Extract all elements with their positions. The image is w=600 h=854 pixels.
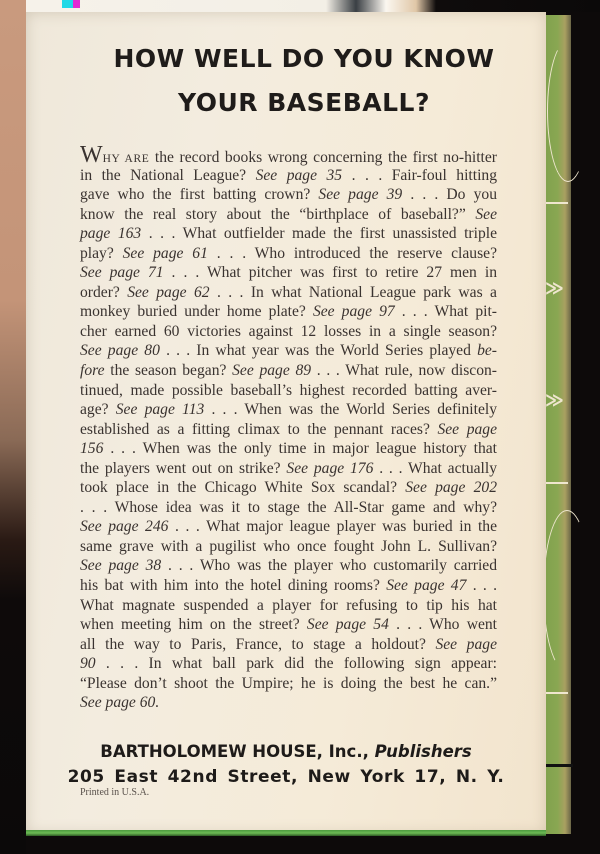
blurb-text: . . . What pit- xyxy=(395,303,497,320)
blurb-line: See page 71 . . . What pitcher was first… xyxy=(80,263,497,283)
title-line-2: YOUR BASEBALL? xyxy=(26,88,582,117)
blurb-text: . . . Do you xyxy=(402,186,497,203)
page-reference: 156 xyxy=(80,440,103,457)
blurb-text: play? xyxy=(80,245,123,262)
blurb-line: all the way to Paris, France, to stage a… xyxy=(80,635,497,655)
page-reference: See page 35 xyxy=(256,167,343,184)
blurb-line: in the National League? See page 35 . . … xyxy=(80,166,497,186)
page-reference: See page 39 xyxy=(318,186,402,203)
page-reference: See page 80 xyxy=(80,342,160,359)
page-reference: See page 62 xyxy=(127,284,209,301)
blurb-text: . . . In what year was the World Series … xyxy=(160,342,477,359)
blurb-text: the players went out on strike? xyxy=(80,460,286,477)
blurb-line: took place in the Chicago White Sox scan… xyxy=(80,478,497,498)
page-reference: See page 61 xyxy=(123,245,208,262)
small-caps-lead: HY ARE xyxy=(103,153,150,165)
background-left-strip xyxy=(0,0,26,854)
blurb-text: the season began? xyxy=(105,362,233,379)
blurb-line: fore the season began? See page 89 . . .… xyxy=(80,361,497,381)
blurb-text: . . . Who went xyxy=(389,616,497,633)
blurb-text: cher earned 60 victories against 12 loss… xyxy=(80,323,497,340)
blurb-line: See page 60. xyxy=(80,693,497,713)
blurb-line: . . . Whose idea was it to stage the All… xyxy=(80,498,497,518)
blurb-text: tinued, made possible baseball’s highest… xyxy=(80,382,497,399)
background-top-strip xyxy=(26,0,600,12)
blurb-text: . . . Who introduced the reserve clause? xyxy=(208,245,497,262)
blurb-text: . . . In what National League park was a xyxy=(210,284,497,301)
blurb-line: monkey buried under home plate? See page… xyxy=(80,302,497,322)
page-reference: See page 60. xyxy=(80,694,159,711)
blurb-text: his bat with him into the hotel dining r… xyxy=(80,577,386,594)
publisher-name: BARTHOLOMEW HOUSE, Inc., Publishers xyxy=(26,742,546,761)
spine-chevron-icon: ≫ xyxy=(545,280,564,298)
blurb-text: . . . Who was the player who customarily… xyxy=(161,557,497,574)
blurb-line: What magnate suspended a player for refu… xyxy=(80,596,497,616)
page-reference: 90 xyxy=(80,655,96,672)
blurb-text: all the way to Paris, France, to stage a… xyxy=(80,636,435,653)
blurb-text: . . . What rule, now discon- xyxy=(311,362,497,379)
book-board-edge xyxy=(26,830,546,836)
blurb-text: know the real story about the “birthplac… xyxy=(80,206,475,223)
blurb-text: age? xyxy=(80,401,116,418)
page-reference: See page 54 xyxy=(307,616,389,633)
page-reference: be- xyxy=(477,342,497,359)
blurb-paragraph: WHY ARE the record books wrong concernin… xyxy=(80,146,497,713)
blurb-line: “Please don’t shoot the Umpire; he is do… xyxy=(80,674,497,694)
blurb-text: gave who the first batting crown? xyxy=(80,186,318,203)
blurb-line: play? See page 61 . . . Who introduced t… xyxy=(80,244,497,264)
title-line-1: HOW WELL DO YOU KNOW xyxy=(26,44,582,73)
blurb-text: What magnate suspended a player for refu… xyxy=(80,597,497,614)
spine-decoration-arc xyxy=(543,510,591,672)
blurb-text: . . . When was the World Series definite… xyxy=(204,401,497,418)
publisher-name-text: BARTHOLOMEW HOUSE, Inc., xyxy=(100,742,374,761)
printed-in-usa: Printed in U.S.A. xyxy=(80,787,149,798)
blurb-text: . . . What pitcher was first to retire 2… xyxy=(164,264,497,281)
page-reference: See xyxy=(475,206,497,223)
blurb-line: WHY ARE the record books wrong concernin… xyxy=(80,146,497,166)
page-reference: See page 176 xyxy=(286,460,373,477)
blurb-text: “Please don’t shoot the Umpire; he is do… xyxy=(80,675,497,692)
blurb-line: See page 246 . . . What major league pla… xyxy=(80,517,497,537)
blurb-line: 90 . . . In what ball park did the follo… xyxy=(80,654,497,674)
blurb-text: . . . What major league player was burie… xyxy=(168,518,497,535)
page-reference: See page 71 xyxy=(80,264,164,281)
blurb-text: monkey buried under home plate? xyxy=(80,303,313,320)
page-reference: See page 89 xyxy=(232,362,311,379)
page-reference: See page 113 xyxy=(116,401,205,418)
blurb-text: took place in the Chicago White Sox scan… xyxy=(80,479,405,496)
blurb-line: his bat with him into the hotel dining r… xyxy=(80,576,497,596)
page-reference: See page xyxy=(437,421,497,438)
blurb-line: age? See page 113 . . . When was the Wor… xyxy=(80,400,497,420)
page-reference: See page xyxy=(435,636,497,653)
page-reference: See page 202 xyxy=(405,479,497,496)
page-reference: See page 246 xyxy=(80,518,168,535)
blurb-line: page 163 . . . What outfielder made the … xyxy=(80,224,497,244)
blurb-text: . . . What actually xyxy=(373,460,497,477)
blurb-line: tinued, made possible baseball’s highest… xyxy=(80,381,497,401)
blurb-text: same grave with a pugilist who once foug… xyxy=(80,538,497,555)
blurb-text: . . . When was the only time in major le… xyxy=(103,440,497,457)
blurb-text: . . . xyxy=(466,577,497,594)
page-reference: See page 47 xyxy=(386,577,466,594)
blurb-line: same grave with a pugilist who once foug… xyxy=(80,537,497,557)
publisher-address: 205 East 42nd Street, New York 17, N. Y. xyxy=(26,767,546,787)
blurb-text: . . . In what ball park did the followin… xyxy=(96,655,497,672)
blurb-text: the record books wrong concerning the fi… xyxy=(149,149,497,166)
blurb-text: when meeting him on the street? xyxy=(80,616,307,633)
blurb-text: established as a fitting climax to the p… xyxy=(80,421,437,438)
drop-cap: W xyxy=(80,142,103,168)
page-reference: fore xyxy=(80,362,105,379)
page-reference: page 163 xyxy=(80,225,141,242)
scan-artifact xyxy=(62,0,80,8)
blurb-text: . . . Whose idea was it to stage the All… xyxy=(80,499,497,516)
blurb-line: 156 . . . When was the only time in majo… xyxy=(80,439,497,459)
page-reference: See page 38 xyxy=(80,557,161,574)
blurb-line: established as a fitting climax to the p… xyxy=(80,420,497,440)
blurb-line: the players went out on strike? See page… xyxy=(80,459,497,479)
blurb-text: . . . What outfielder made the first una… xyxy=(141,225,497,242)
blurb-line: gave who the first batting crown? See pa… xyxy=(80,185,497,205)
blurb-text: order? xyxy=(80,284,127,301)
publisher-role: Publishers xyxy=(375,742,472,761)
blurb-line: cher earned 60 victories against 12 loss… xyxy=(80,322,497,342)
page-reference: See page 97 xyxy=(313,303,395,320)
blurb-line: See page 80 . . . In what year was the W… xyxy=(80,341,497,361)
blurb-text: in the National League? xyxy=(80,167,256,184)
blurb-line: order? See page 62 . . . In what Nationa… xyxy=(80,283,497,303)
blurb-line: know the real story about the “birthplac… xyxy=(80,205,497,225)
spine-chevron-icon: ≫ xyxy=(545,392,564,410)
blurb-line: See page 38 . . . Who was the player who… xyxy=(80,556,497,576)
blurb-line: when meeting him on the street? See page… xyxy=(80,615,497,635)
blurb-text: . . . Fair-foul hitting xyxy=(342,167,497,184)
